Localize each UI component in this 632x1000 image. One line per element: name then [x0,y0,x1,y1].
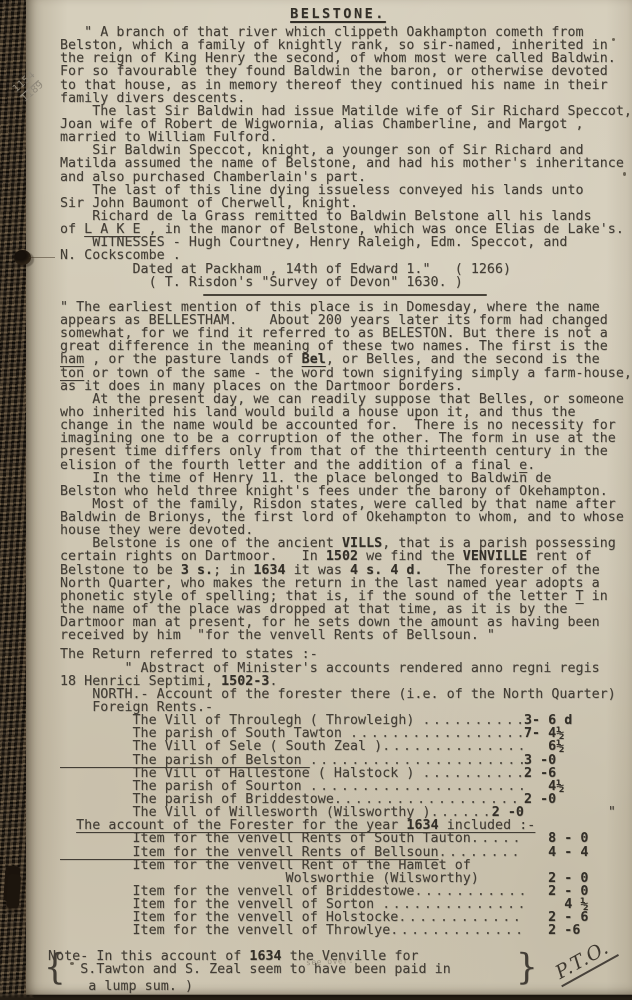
typed-line: Matilda assumed the name of Belstone, an… [60,157,616,170]
dotted-leader: ........................................… [471,832,524,845]
dotted-leader: ........................................… [350,727,524,740]
rent-row-label: Item for the venvell Rents of Bellsoun [60,846,439,859]
typed-line: present time differs only from that of t… [60,445,616,458]
typed-line: as it does in many places on the Dartmoo… [60,380,616,393]
rent-row: Item for the venvell Rent of the Hamlet … [60,859,616,872]
rent-row-label: Item for the venvell of Throwlye [60,924,390,937]
typed-line: At the present day, we can readily suppo… [60,393,616,406]
typed-line: certain rights on Dartmoor. In 1502 we f… [60,550,616,563]
dotted-leader: ........................................… [423,767,525,780]
dotted-leader [471,859,524,872]
rent-amount: 4 - 4 [524,846,616,859]
dotted-leader: ........................................… [390,924,524,937]
paragraph: " A branch of that river which clippeth … [60,26,616,105]
footnote-block: {}see over.Note- In this account of 1634… [48,950,560,993]
paragraph: Richard de la Grass remitted to Baldwin … [60,210,616,289]
typed-content: BELSTONE. " A branch of that river which… [60,6,616,993]
typed-line: " Abstract of Minister's accounts render… [60,662,616,675]
dotted-leader: ........................................… [423,714,525,727]
typed-line: In the time of Henry 11. the place belon… [60,472,616,485]
brace-left: { [44,946,66,988]
typed-line: N. Cockscombe . [60,249,616,262]
typed-line: The last of this line dying issueless co… [60,184,616,197]
dotted-leader [479,872,524,885]
rent-amount: 6½ [524,740,616,753]
typed-line: family divers descents. [60,92,616,105]
typed-line: Belston who held three knight's fees und… [60,485,616,498]
typed-line: a lump sum. ) [48,980,560,993]
dotted-leader: ........................................… [439,846,524,859]
typed-line: Dated at Packham , 14th of Edward 1." ( … [60,263,616,276]
paragraph: In the time of Henry 11. the place belon… [60,472,616,498]
typed-line: North Quarter, who makes the return in t… [60,577,616,590]
rent-row-label: The parish of Belston [60,754,310,767]
rent-row: The parish of Belston ..................… [60,754,616,767]
typed-line: Belstone to be 3 s.; in 1634 it was 4 s.… [60,564,616,577]
rent-amount: 8 - 0 [524,832,616,845]
paragraph: Belstone is one of the ancient VILLS, th… [60,537,616,642]
closing-quote: " [584,806,616,819]
paragraph: Sir Baldwin Speccot, knight, a younger s… [60,144,616,183]
paragraph: " The earliest mention of this place is … [60,301,616,393]
typed-line: S.Tawton and S. Zeal seem to have been p… [48,963,560,976]
typed-line: ton or town of the same - the word town … [60,367,616,380]
paper-speck [623,172,626,176]
typed-line: Note- In this account of 1634 the Venvil… [48,950,560,963]
typed-line: 18 Henrici Septimi, 1502-3. [60,675,616,688]
rent-amount: 2 -6 [524,767,616,780]
faint-pencil-note: see over. [306,955,354,966]
page-title: BELSTONE. [60,6,616,22]
page-bottom-shadow [0,994,632,1000]
rent-row-label: Item for the venvell Rent of the Hamlet … [60,859,471,872]
rent-row-label: Item for the venvell Rents of South Taut… [60,832,471,845]
dotted-leader: ........................................… [334,793,524,806]
typed-line: ham , or the pasture lands of Bel, or Be… [60,353,616,366]
rent-row: The Vill of Hallestone ( Halstock ) ....… [60,767,616,780]
dotted-leader: ........................................… [382,740,524,753]
rent-amount: 3 -0 [524,754,616,767]
typed-line: elision of the fourth letter and the add… [60,459,616,472]
typed-line: ( T. Risdon's "Survey of Devon" 1630. ) [60,276,616,289]
dotted-leader: ........................................… [431,806,492,819]
section-divider [203,294,487,296]
binding-tie-mark [6,874,21,909]
dotted-leader: ........................................… [414,885,524,898]
rent-row-label: The Vill of Hallestone ( Halstock ) [60,767,423,780]
paragraph: The Return referred to states :- " Abstr… [60,648,616,714]
typed-line: The last Sir Baldwin had issue Matilde w… [60,105,616,118]
typed-line: " The earliest mention of this place is … [60,301,616,314]
typed-line: received by him "for the venvell Rents o… [60,629,616,642]
paragraph: Most of the family, Risdon states, were … [60,498,616,537]
typed-line: Sir John Baumont of Cherwell, knight. [60,197,616,210]
paragraph: At the present day, we can readily suppo… [60,393,616,472]
rent-row: Item for the venvell Rents of Bellsoun..… [60,846,616,859]
rent-row-label: The Vill of Sele ( South Zeal ) [60,740,382,753]
rent-row: Item for the venvell Rents of South Taut… [60,832,616,845]
hole-punch [14,250,31,265]
rent-amount [524,859,616,872]
dotted-leader: ........................................… [398,911,524,924]
paragraph: The last Sir Baldwin had issue Matilde w… [60,105,616,144]
typed-line: and also purchased Chamberlain's part. [60,171,616,184]
rent-row: Item for the venvell of Throwlye........… [60,924,616,937]
dotted-leader: ........................................… [382,898,524,911]
typed-body: " A branch of that river which clippeth … [60,26,616,993]
brace-right: } [516,946,538,988]
dotted-leader: ........................................… [310,754,524,767]
typed-line: to that house, as in memory thereof they… [60,79,616,92]
paragraph: The last of this line dying issueless co… [60,184,616,210]
typed-line: For so favourable they found Baldwin the… [60,65,616,78]
dotted-leader: ........................................… [310,780,524,793]
document-page: 1154 1189 BELSTONE. " A branch of that r… [0,0,632,1000]
rent-row: The Vill of Sele ( South Zeal ).........… [60,740,616,753]
typed-line: The Return referred to states :- [60,648,616,661]
